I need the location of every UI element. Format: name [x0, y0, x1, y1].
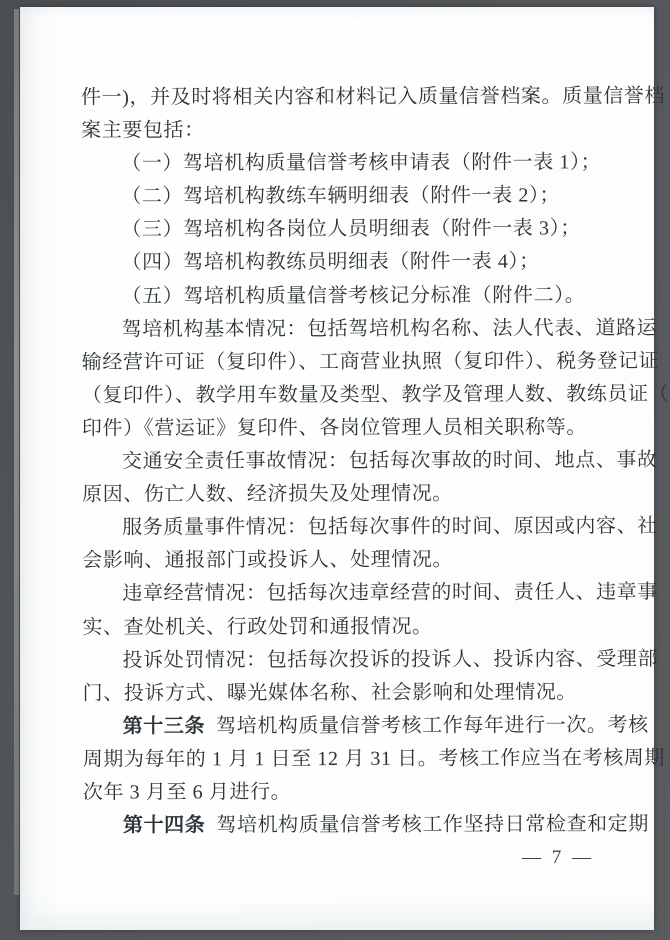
text-line: 门、投诉方式、曝光媒体名称、社会影响和处理情况。: [83, 676, 605, 710]
scan-background: 件一)，并及时将相关内容和材料记入质量信誉档案。质量信誉档 案主要包括： （一）…: [0, 0, 670, 940]
list-item-1: （一）驾培机构质量信誉考核申请表（附件一表 1）；: [81, 147, 603, 181]
text-line: 输经营许可证（复印件）、工商营业执照（复印件）、税务登记证: [82, 345, 604, 379]
text-line: 次年 3 月至 6 月进行。: [83, 775, 605, 809]
article-14-number: 第十四条: [123, 814, 205, 836]
article-13-number: 第十三条: [123, 715, 205, 737]
text-line: 会影响、通报部门或投诉人、处理情况。: [82, 544, 604, 578]
text-line: （复印件）、教学用车数量及类型、教学及管理人数、教练员证（复: [82, 378, 604, 412]
list-item-4: （四）驾培机构教练员明细表（附件一表 4）；: [81, 246, 603, 280]
article-13-line: 第十三条驾培机构质量信誉考核工作每年进行一次。考核: [83, 709, 605, 743]
text-line: 件一)，并及时将相关内容和材料记入质量信誉档案。质量信誉档: [81, 80, 603, 114]
text-line: 印件）《营运证》复印件、各岗位管理人员相关职称等。: [82, 411, 604, 445]
list-item-2: （二）驾培机构教练车辆明细表（附件一表 2）；: [81, 180, 603, 214]
text-line: 原因、伤亡人数、经济损失及处理情况。: [82, 477, 604, 511]
article-13-text: 驾培机构质量信誉考核工作每年进行一次。考核: [216, 714, 649, 737]
text-line: 驾培机构基本情况：包括驾培机构名称、法人代表、道路运: [82, 312, 604, 346]
document-body: 件一)，并及时将相关内容和材料记入质量信誉档案。质量信誉档 案主要包括： （一）…: [81, 80, 605, 843]
text-line: 违章经营情况：包括每次违章经营的时间、责任人、违章事: [82, 577, 604, 611]
list-item-5: （五）驾培机构质量信誉考核记分标准（附件二）。: [82, 279, 604, 313]
document-page: 件一)，并及时将相关内容和材料记入质量信誉档案。质量信誉档 案主要包括： （一）…: [20, 7, 654, 930]
article-14-text: 驾培机构质量信誉考核工作坚持日常检查和定期: [216, 813, 649, 836]
page-number: — 7 —: [522, 847, 594, 869]
text-line: 投诉处罚情况：包括每次投诉的投诉人、投诉内容、受理部: [82, 643, 604, 677]
article-14-line: 第十四条驾培机构质量信誉考核工作坚持日常检查和定期: [83, 808, 605, 842]
text-line: 实、查处机关、行政处罚和通报情况。: [82, 610, 604, 644]
text-line: 周期为每年的 1 月 1 日至 12 月 31 日。考核工作应当在考核周期: [83, 742, 605, 776]
list-item-3: （三）驾培机构各岗位人员明细表（附件一表 3）；: [81, 213, 603, 247]
page-edge-shadow: [14, 9, 19, 895]
text-line: 案主要包括：: [81, 113, 603, 147]
text-line: 交通安全责任事故情况：包括每次事故的时间、地点、事故: [82, 444, 604, 478]
text-line: 服务质量事件情况：包括每次事件的时间、原因或内容、社: [82, 511, 604, 545]
